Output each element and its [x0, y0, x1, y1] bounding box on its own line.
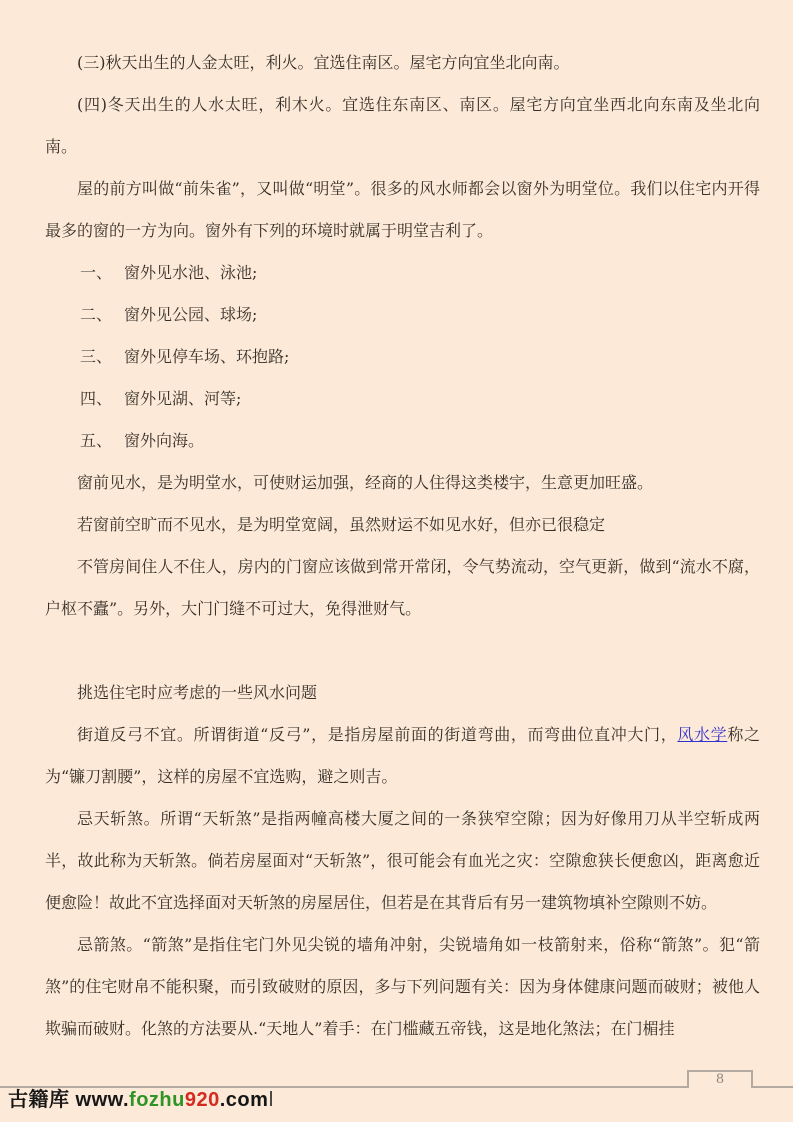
- page-number-tab: 8: [687, 1070, 753, 1088]
- text-run: 窗前见水，是为明堂水，可使财运加强，经商的人住得这类楼宇，生意更加旺盛。: [77, 473, 653, 492]
- list-item: 四、窗外见湖、河等;: [45, 378, 760, 420]
- list-text: 窗外见公园、球场;: [124, 305, 257, 324]
- page-number: 8: [716, 1072, 724, 1087]
- text-run: 忌箭煞。“箭煞”是指住宅门外见尖锐的墙角冲射，尖锐墙角如一枝箭射来，俗称“箭煞”…: [45, 935, 760, 1038]
- watermark-number: 920: [185, 1089, 220, 1111]
- watermark-site-name: 古籍库: [8, 1089, 70, 1111]
- watermark-domain: fozhu: [129, 1089, 185, 1111]
- paragraph: 不管房间住人不住人，房内的门窗应该做到常开常闭，令气势流动，空气更新，做到“流水…: [45, 546, 760, 630]
- paragraph: (三)秋天出生的人金太旺，利火。宜选住南区。屋宅方向宜坐北向南。: [45, 42, 760, 84]
- list-number: 一、: [80, 263, 112, 282]
- list-number: 二、: [80, 305, 112, 324]
- text-run: 屋的前方叫做“前朱雀”，又叫做“明堂”。很多的风水师都会以窗外为明堂位。我们以住…: [45, 179, 760, 240]
- paragraph: 街道反弓不宜。所谓街道“反弓”，是指房屋前面的街道弯曲，而弯曲位直冲大门，风水学…: [45, 714, 760, 798]
- paragraph: 忌箭煞。“箭煞”是指住宅门外见尖锐的墙角冲射，尖锐墙角如一枝箭射来，俗称“箭煞”…: [45, 924, 760, 1050]
- list-item: 三、窗外见停车场、环抱路;: [45, 336, 760, 378]
- text-run: 街道反弓不宜。所谓街道“反弓”，是指房屋前面的街道弯曲，而弯曲位直冲大门，: [77, 725, 677, 744]
- list-number: 五、: [80, 431, 112, 450]
- paragraph: 窗前见水，是为明堂水，可使财运加强，经商的人住得这类楼宇，生意更加旺盛。: [45, 462, 760, 504]
- section-heading: 挑选住宅时应考虑的一些风水问题: [45, 672, 760, 714]
- fengshui-link[interactable]: 风水学: [677, 725, 727, 744]
- document-page: (三)秋天出生的人金太旺，利火。宜选住南区。屋宅方向宜坐北向南。(四)冬天出生的…: [0, 0, 793, 1122]
- blank-line: [45, 630, 760, 672]
- text-run: (四)冬天出生的人水太旺，利木火。宜选住东南区、南区。屋宅方向宜坐西北向东南及坐…: [45, 95, 760, 156]
- paragraph: 若窗前空旷而不见水，是为明堂宽阔，虽然财运不如见水好，但亦已很稳定: [45, 504, 760, 546]
- list-number: 三、: [80, 347, 112, 366]
- paragraph: 屋的前方叫做“前朱雀”，又叫做“明堂”。很多的风水师都会以窗外为明堂位。我们以住…: [45, 168, 760, 252]
- text-run: 不管房间住人不住人，房内的门窗应该做到常开常闭，令气势流动，空气更新，做到“流水…: [45, 557, 760, 618]
- paragraph: (四)冬天出生的人水太旺，利木火。宜选住东南区、南区。屋宅方向宜坐西北向东南及坐…: [45, 84, 760, 168]
- document-body: (三)秋天出生的人金太旺，利火。宜选住南区。屋宅方向宜坐北向南。(四)冬天出生的…: [45, 42, 760, 1050]
- list-text: 窗外见湖、河等;: [124, 389, 241, 408]
- watermark-www: www.: [70, 1089, 130, 1111]
- text-run: (三)秋天出生的人金太旺，利火。宜选住南区。屋宅方向宜坐北向南。: [77, 53, 570, 72]
- list-item: 五、窗外向海。: [45, 420, 760, 462]
- text-run: 忌天斩煞。所谓“天斩煞”是指两幢高楼大厦之间的一条狭窄空隙；因为好像用刀从半空斩…: [45, 809, 760, 912]
- watermark-tld: .com: [220, 1089, 269, 1111]
- watermark-cursor-bar: [270, 1091, 272, 1106]
- paragraph: 忌天斩煞。所谓“天斩煞”是指两幢高楼大厦之间的一条狭窄空隙；因为好像用刀从半空斩…: [45, 798, 760, 924]
- list-text: 窗外见停车场、环抱路;: [124, 347, 289, 366]
- list-text: 窗外见水池、泳池;: [124, 263, 257, 282]
- footer-divider: [0, 1086, 793, 1088]
- watermark: 古籍库 www.fozhu920.com: [8, 1089, 272, 1111]
- list-item: 一、窗外见水池、泳池;: [45, 252, 760, 294]
- list-number: 四、: [80, 389, 112, 408]
- list-text: 窗外向海。: [124, 431, 204, 450]
- list-item: 二、窗外见公园、球场;: [45, 294, 760, 336]
- text-run: 若窗前空旷而不见水，是为明堂宽阔，虽然财运不如见水好，但亦已很稳定: [77, 515, 605, 534]
